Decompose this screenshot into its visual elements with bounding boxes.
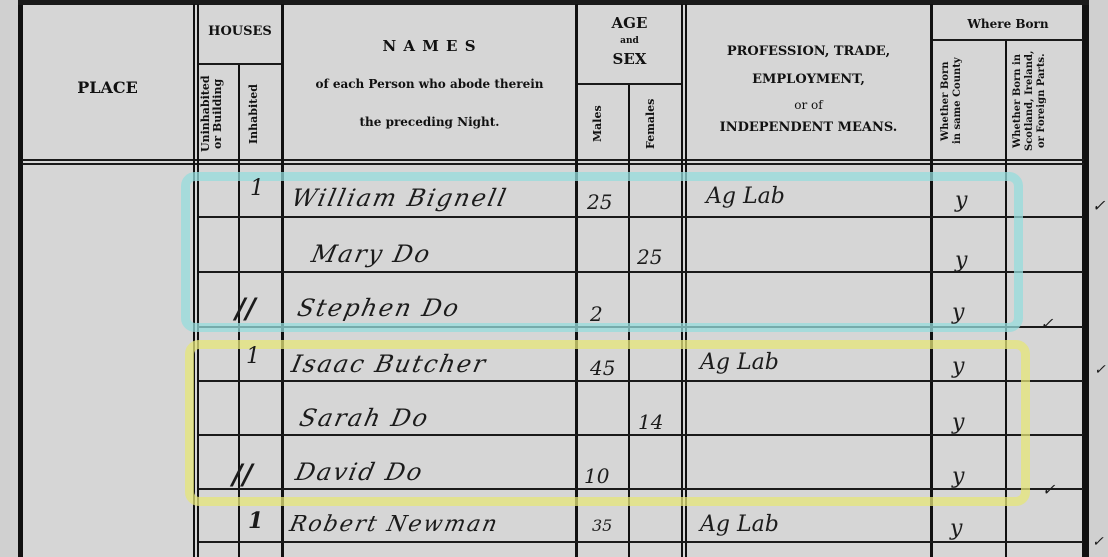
header-names-sub2: the preceding Night. [284, 115, 575, 129]
inhabited-count: 1 [246, 344, 260, 369]
header-profession-1: PROFESSION, TRADE, [687, 44, 930, 59]
header-houses: HOUSES [199, 24, 281, 39]
census-sheet: PLACE HOUSES Uninhabited or Building Inh… [0, 0, 1108, 557]
header-sex: SEX [578, 50, 681, 68]
col-line [575, 4, 578, 557]
born-same-county: y [952, 300, 964, 325]
col-line [193, 4, 195, 557]
person-name: Sarah Do [297, 404, 432, 432]
household-end-mark: // [232, 458, 252, 491]
margin-check-icon: ✓ [1042, 480, 1055, 499]
header-profession-2: EMPLOYMENT, [687, 72, 930, 87]
male-age: 45 [590, 356, 615, 380]
margin-check-icon: ✓ [1040, 314, 1053, 333]
born-same-county: y [952, 410, 964, 435]
margin-check-icon: ✓ [1094, 362, 1106, 378]
header-place: PLACE [22, 78, 193, 97]
col-line [628, 84, 630, 557]
born-same-county: y [950, 516, 962, 541]
person-name: Isaac Butcher [289, 350, 490, 378]
male-age: 2 [590, 302, 603, 326]
col-line [930, 4, 933, 557]
profession: Ag Lab [700, 512, 779, 537]
header-where-born: Where Born [933, 17, 1083, 31]
person-name: David Do [293, 458, 426, 486]
female-age: 25 [637, 245, 662, 269]
header-profession-4: INDEPENDENT MEANS. [687, 120, 930, 135]
where-born-divider [933, 39, 1083, 41]
person-name: Stephen Do [295, 294, 463, 322]
header-inhabited: Inhabited [248, 70, 272, 158]
male-age: 10 [584, 464, 609, 488]
header-uninhabited: Uninhabited or Building [200, 70, 236, 158]
header-divider-2 [22, 163, 1084, 165]
profession: Ag Lab [700, 350, 779, 375]
household-end-mark: // [235, 292, 255, 325]
col-line [1005, 40, 1007, 557]
born-same-county: y [952, 464, 964, 489]
born-same-county: y [955, 188, 967, 213]
margin-check-icon: ✓ [1092, 196, 1105, 215]
houses-divider [199, 63, 281, 65]
male-age: 35 [592, 516, 612, 535]
age-sex-divider [578, 83, 681, 85]
header-profession-3: or of [687, 98, 930, 112]
header-scotland: Whether Born in Scotland, Ireland, or Fo… [1012, 45, 1078, 157]
top-border [18, 0, 1089, 5]
header-age: AGE [578, 14, 681, 32]
margin-check-icon: ✓ [1092, 534, 1104, 550]
right-border [1082, 0, 1089, 557]
profession: Ag Lab [706, 184, 785, 209]
header-same-county: Whether Born in same County [940, 45, 1000, 157]
header-names-sub1: of each Person who abode therein [284, 77, 575, 91]
person-name: Robert Newman [287, 512, 501, 537]
header-males: Males [592, 92, 616, 156]
header-names: N A M E S [284, 37, 575, 55]
inhabited-count: 1 [250, 176, 264, 201]
person-name: William Bignell [289, 184, 510, 212]
female-age: 14 [638, 410, 663, 434]
header-divider [22, 159, 1084, 161]
header-and: and [578, 36, 681, 46]
person-name: Mary Do [309, 240, 434, 268]
col-line [681, 4, 683, 557]
born-same-county: y [952, 354, 964, 379]
header-females: Females [645, 92, 669, 156]
born-same-county: y [955, 248, 967, 273]
inhabited-count: 1 [248, 508, 263, 534]
male-age: 25 [587, 190, 612, 214]
